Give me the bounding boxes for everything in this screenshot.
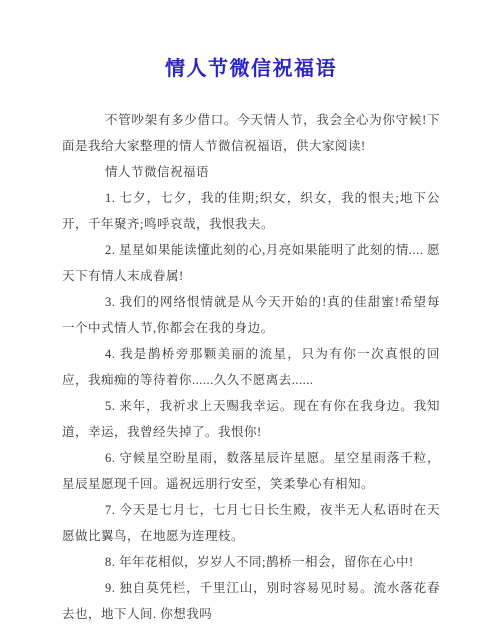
- paragraph-list: 不管吵架有多少借口。今天情人节，我会全心为你守候!下面是我给大家整理的情人节微信…: [62, 107, 440, 627]
- paragraph: 1. 七夕，七夕，我的佳期;织女，织女，我的恨夫;地下公开，千年聚齐;鸣呼哀哉，…: [62, 185, 440, 237]
- paragraph: 2. 星星如果能读懂此刻的心,月亮如果能明了此刻的情.... 愿天下有情人末成眷…: [62, 237, 440, 289]
- page-title: 情人节微信祝福语: [62, 52, 440, 81]
- paragraph: 8. 年年花相似，岁岁人不同;鹊桥一相会，留你在心中!: [62, 549, 440, 575]
- paragraph: 7. 今天是七月七，七月七日长生殿，夜半无人私语时在天愿做比翼鸟，在地愿为连理枝…: [62, 497, 440, 549]
- document-content: 情人节微信祝福语 不管吵架有多少借口。今天情人节，我会全心为你守候!下面是我给大…: [0, 0, 500, 627]
- paragraph: 9. 独自莫凭栏，千里江山，别时容易见时易。流水落花春去也，地下人间. 你想我吗: [62, 575, 440, 627]
- paragraph: 情人节微信祝福语: [62, 159, 440, 185]
- paragraph: 6. 守候星空盼星雨，数落星辰许星愿。星空星雨落千粒，星辰星愿现千回。遥祝远朋行…: [62, 445, 440, 497]
- document-page: 情人节微信祝福语 不管吵架有多少借口。今天情人节，我会全心为你守候!下面是我给大…: [0, 0, 500, 636]
- paragraph: 不管吵架有多少借口。今天情人节，我会全心为你守候!下面是我给大家整理的情人节微信…: [62, 107, 440, 159]
- paragraph: 4. 我是鹊桥旁那颗美丽的流星，只为有你一次真恨的回应，我痴痴的等待着你....…: [62, 341, 440, 393]
- paragraph: 5. 来年，我祈求上天赐我幸运。现在有你在我身边。我知道，幸运，我曾经失掉了。我…: [62, 393, 440, 445]
- paragraph: 3. 我们的网络恨情就是从今天开始的!真的佳甜蜜!希望每一个中式情人节,你都会在…: [62, 289, 440, 341]
